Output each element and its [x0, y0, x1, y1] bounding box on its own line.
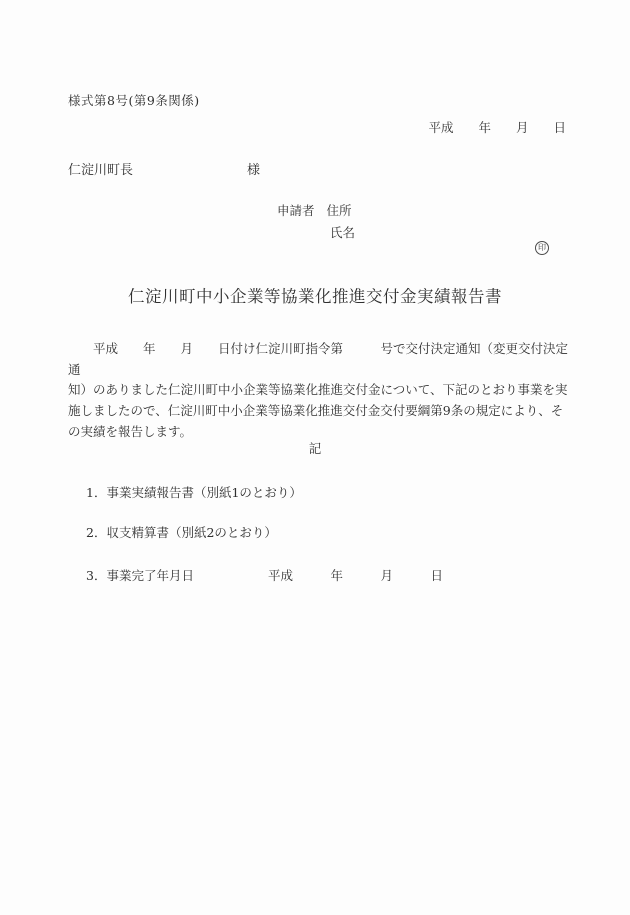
form-number: 様式第8号(第9条関係) [68, 93, 200, 108]
seal-char: 印 [538, 244, 546, 252]
completion-date-blank: 平成 年 月 日 [268, 568, 443, 583]
list-item-3: 3．事業完了年月日平成 年 月 日 [86, 568, 443, 583]
name-row: 氏名 [330, 225, 355, 240]
body-line: 平成 年 月 日付け仁淀川町指令第 号で交付決定通知（変更交付決定通 [68, 339, 580, 380]
body-line: の実績を報告します。 [68, 422, 580, 443]
seal-icon: 印 [535, 241, 549, 255]
body-line: 施しましたので、仁淀川町中小企業等協業化推進交付金交付要綱第9条の規定により、そ [68, 401, 580, 422]
addressee-line: 仁淀川町長様 [68, 163, 260, 179]
list-item-1: 1．事業実績報告書（別紙1のとおり） [86, 485, 302, 500]
page-title: 仁淀川町中小企業等協業化推進交付金実績報告書 [0, 287, 630, 307]
document-page: 様式第8号(第9条関係) 平成 年 月 日 仁淀川町長様 申請者住所 氏名 印 … [0, 0, 630, 915]
addressee: 仁淀川町長 [68, 163, 133, 178]
list-item-text: 1．事業実績報告書（別紙1のとおり） [86, 485, 302, 500]
list-item-text: 2．収支精算書（別紙2のとおり） [86, 525, 277, 540]
name-label: 氏名 [330, 225, 355, 240]
body-paragraph: 平成 年 月 日付け仁淀川町指令第 号で交付決定通知（変更交付決定通 知）のあり… [68, 339, 580, 443]
record-mark: 記 [0, 441, 630, 456]
addressee-honorific: 様 [247, 163, 260, 178]
applicant-row: 申請者住所 [277, 203, 352, 218]
list-item-2: 2．収支精算書（別紙2のとおり） [86, 525, 277, 540]
list-item-text: 3．事業完了年月日 [86, 568, 194, 583]
date-line: 平成 年 月 日 [428, 120, 566, 135]
body-line: 知）のありました仁淀川町中小企業等協業化推進交付金について、下記のとおり事業を実 [68, 380, 580, 401]
address-label: 住所 [327, 203, 352, 218]
applicant-label: 申請者 [277, 203, 315, 218]
